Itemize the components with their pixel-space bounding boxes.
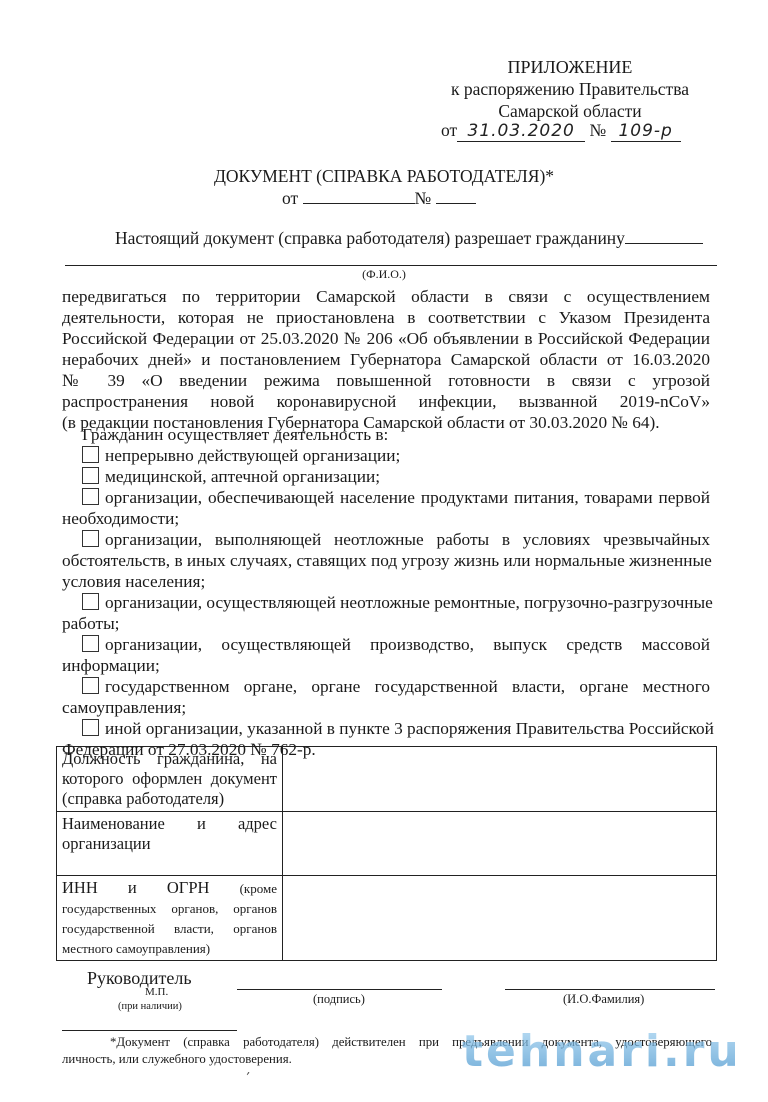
option-text-cont: необходимости; — [62, 508, 710, 529]
activity-option: иной организации, указанной в пункте 3 р… — [62, 718, 710, 739]
option-text-cont: условия населения; — [62, 571, 710, 592]
row-label-position: Должность гражданина, на которого оформл… — [57, 747, 283, 812]
footnote-divider — [62, 1030, 237, 1031]
appendix-title: ПРИЛОЖЕНИЕ — [430, 56, 710, 78]
watermark-logo: tehnari.ru — [462, 1026, 742, 1077]
order-reference: от31.03.2020 № 109-р — [441, 120, 681, 142]
name-field[interactable] — [505, 989, 715, 990]
fio-field[interactable] — [65, 265, 717, 266]
appendix-header: ПРИЛОЖЕНИЕ к распоряжению Правительства … — [430, 56, 710, 122]
option-text: организации, выполняющей неотложные рабо… — [105, 530, 710, 549]
appendix-line-2: Самарской области — [430, 100, 710, 122]
order-date-prefix: от — [441, 120, 457, 140]
activity-option: организации, обеспечивающей население пр… — [62, 487, 710, 508]
main-paragraph: передвигаться по территории Самарской об… — [62, 286, 710, 433]
stray-mark: ʹ — [242, 1070, 250, 1086]
document-date-prefix: от — [282, 188, 298, 208]
intro-line: Настоящий документ (справка работодателя… — [115, 228, 703, 249]
inn-ogrn-field[interactable] — [283, 876, 717, 961]
organization-field[interactable] — [283, 812, 717, 876]
paragraph-line: распространения новой коронавирусной инф… — [62, 391, 710, 412]
signature-caption: (подпись) — [313, 992, 365, 1007]
stamp-label: М.П. — [145, 986, 168, 998]
document-number-field[interactable] — [436, 189, 476, 204]
paragraph-line: нерабочих дней» и постановлением Губерна… — [62, 349, 710, 370]
option-text: организации, осуществляющей неотложные р… — [105, 593, 713, 612]
table-row: ИНН и ОГРН (кроме государственных органо… — [57, 876, 717, 961]
option-text: иной организации, указанной в пункте 3 р… — [105, 719, 714, 738]
intro-text: Настоящий документ (справка работодателя… — [115, 228, 625, 248]
row-label-inn-ogrn: ИНН и ОГРН (кроме государственных органо… — [57, 876, 283, 961]
paragraph-line: № 39 «О введении режима повышенной готов… — [62, 370, 710, 391]
fio-caption: (Ф.И.О.) — [0, 267, 768, 282]
activity-option: организации, осуществляющей неотложные р… — [62, 592, 710, 613]
activity-option: организации, осуществляющей производство… — [62, 634, 710, 655]
option-text: медицинской, аптечной организации; — [105, 467, 380, 486]
table-row: Наименование и адрес организации — [57, 812, 717, 876]
appendix-line-1: к распоряжению Правительства — [430, 78, 710, 100]
document-title: ДОКУМЕНТ (СПРАВКА РАБОТОДАТЕЛЯ)* — [0, 166, 768, 187]
activity-option: организации, выполняющей неотложные рабо… — [62, 529, 710, 550]
info-table: Должность гражданина, на которого оформл… — [56, 746, 717, 961]
order-date: 31.03.2020 — [457, 121, 585, 142]
activity-checklist: Гражданин осуществляет деятельность в: н… — [62, 424, 710, 760]
activity-option: медицинской, аптечной организации; — [62, 466, 710, 487]
option-text-cont: обстоятельств, в иных случаях, ставящих … — [62, 550, 710, 571]
option-text: организации, осуществляющей производство… — [105, 635, 710, 654]
table-row: Должность гражданина, на которого оформл… — [57, 747, 717, 812]
signature-field[interactable] — [237, 989, 442, 990]
checkbox[interactable] — [82, 719, 99, 736]
fio-field-start[interactable] — [625, 229, 703, 244]
checkbox[interactable] — [82, 677, 99, 694]
checkbox[interactable] — [82, 593, 99, 610]
stamp-note: (при наличии) — [118, 1001, 182, 1012]
checkbox[interactable] — [82, 530, 99, 547]
row-label-organization: Наименование и адрес организации — [57, 812, 283, 876]
checkbox[interactable] — [82, 488, 99, 505]
order-number-prefix: № — [590, 120, 607, 140]
paragraph-line: Российской Федерации от 25.03.2020 № 206… — [62, 328, 710, 349]
document-date-number: от № — [282, 188, 476, 209]
paragraph-line: передвигаться по территории Самарской об… — [62, 286, 710, 307]
option-text: государственном органе, органе государст… — [105, 677, 710, 696]
option-text: организации, обеспечивающей население пр… — [105, 488, 710, 507]
activity-option: непрерывно действующей организации; — [62, 445, 710, 466]
option-text-cont: самоуправления; — [62, 697, 710, 718]
option-text-cont: работы; — [62, 613, 710, 634]
activity-header: Гражданин осуществляет деятельность в: — [62, 424, 710, 445]
option-text: непрерывно действующей организации; — [105, 446, 400, 465]
inn-label: ИНН и ОГРН — [62, 878, 209, 897]
document-number-prefix: № — [415, 188, 432, 208]
position-field[interactable] — [283, 747, 717, 812]
signature-role: Руководитель — [87, 968, 192, 989]
document-date-field[interactable] — [303, 189, 415, 204]
checkbox[interactable] — [82, 635, 99, 652]
activity-option: государственном органе, органе государст… — [62, 676, 710, 697]
checkbox[interactable] — [82, 467, 99, 484]
checkbox[interactable] — [82, 446, 99, 463]
paragraph-line: деятельности, которая не приостановлена … — [62, 307, 710, 328]
order-number: 109-р — [611, 121, 681, 142]
name-caption: (И.О.Фамилия) — [563, 992, 644, 1007]
option-text-cont: информации; — [62, 655, 710, 676]
